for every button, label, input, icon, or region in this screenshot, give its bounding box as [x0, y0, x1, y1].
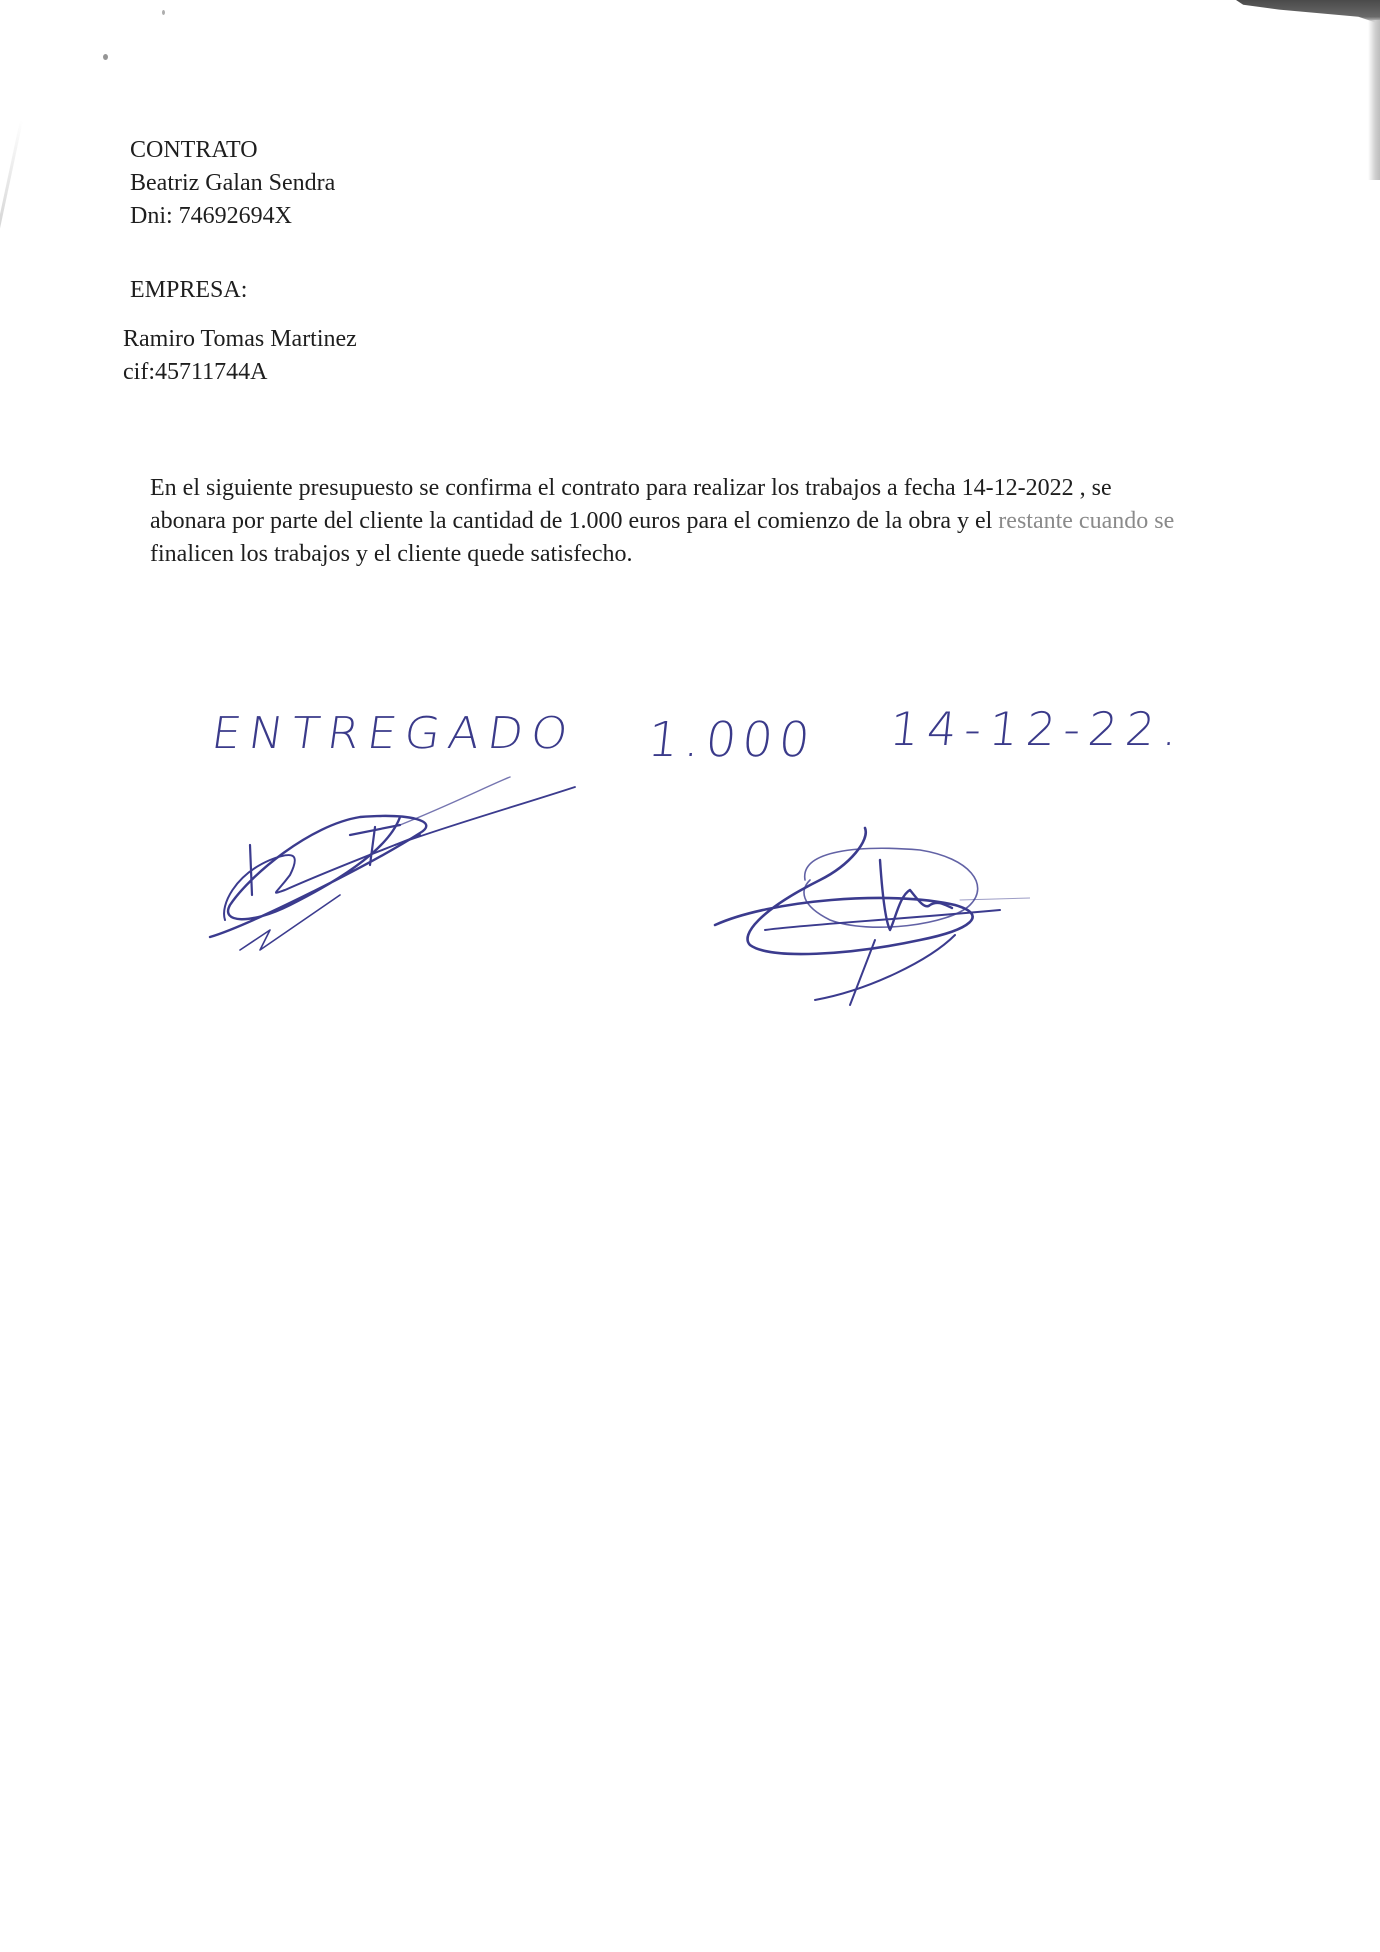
- handwritten-status: ENTREGADO: [208, 707, 579, 758]
- client-dni: Dni: 74692694X: [130, 200, 335, 233]
- client-name: Beatriz Galan Sendra: [130, 167, 335, 200]
- document-page: CONTRATO Beatriz Galan Sendra Dni: 74692…: [0, 0, 1380, 1952]
- handwritten-date: 14-12-22.: [887, 702, 1188, 756]
- body-line-2-faded: restante cuando se: [998, 508, 1174, 534]
- body-line-2: abonara por parte del cliente la cantida…: [150, 505, 1310, 538]
- body-line-2-main: abonara por parte del cliente la cantida…: [150, 508, 998, 534]
- company-cif: cif:45711744A: [123, 356, 357, 389]
- company-label: EMPRESA:: [130, 274, 335, 307]
- handwritten-amount: 1.000: [645, 712, 818, 768]
- body-line-1: En el siguiente presupuesto se confirma …: [150, 472, 1310, 505]
- scan-speck: [103, 54, 108, 60]
- company-name: Ramiro Tomas Martinez: [123, 323, 357, 356]
- left-signature: [190, 765, 590, 965]
- scan-edge-artifact: [1236, 0, 1380, 24]
- body-line-3: finalicen los trabajos y el cliente qued…: [150, 538, 1310, 571]
- scan-edge-artifact: [1368, 20, 1380, 180]
- contract-body: En el siguiente presupuesto se confirma …: [150, 472, 1310, 571]
- contract-header: CONTRATO Beatriz Galan Sendra Dni: 74692…: [130, 134, 335, 307]
- document-title: CONTRATO: [130, 134, 335, 167]
- scan-streak-artifact: [0, 120, 23, 375]
- scan-speck: [162, 10, 165, 15]
- right-signature: [690, 810, 1030, 1015]
- company-block: Ramiro Tomas Martinez cif:45711744A: [123, 323, 357, 389]
